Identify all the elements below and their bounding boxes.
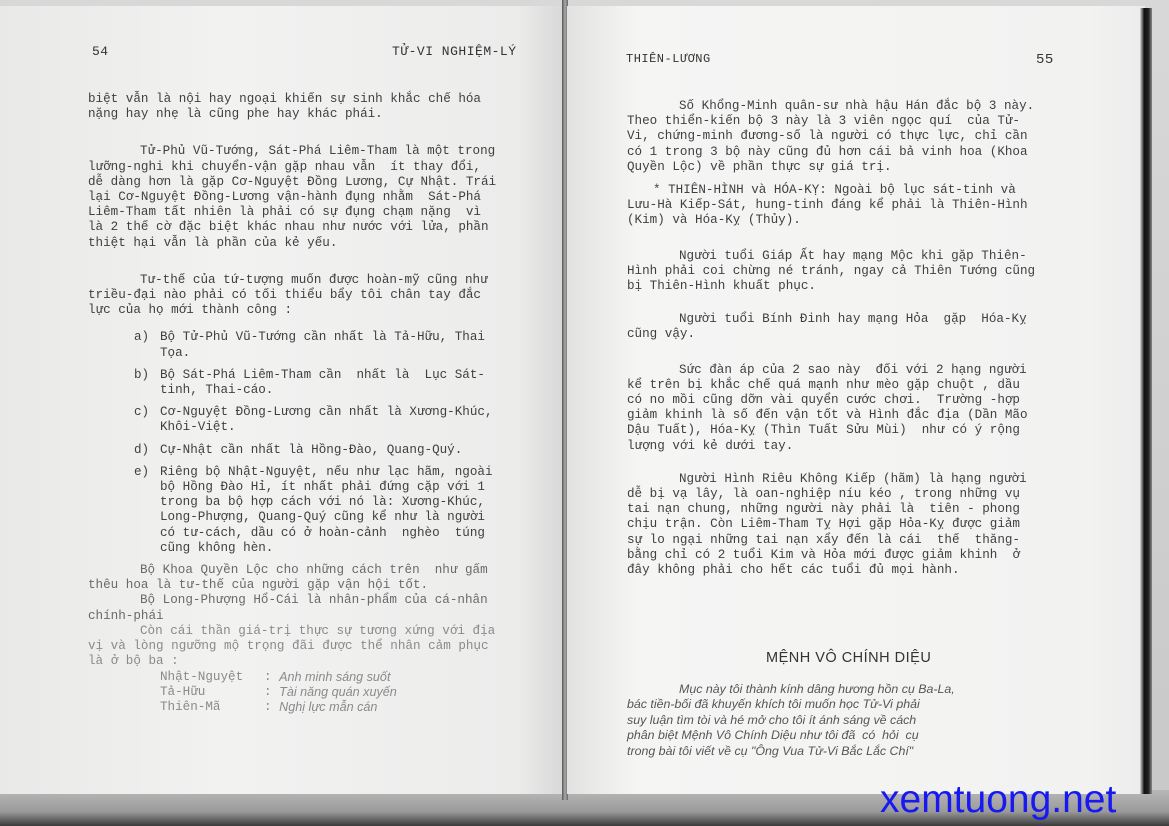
- text-line: thiệt hại vẫn là phần của kẻ yếu.: [88, 236, 496, 251]
- definition-term: Thiên-Mã: [160, 700, 264, 715]
- text-line: Dậu Tuất), Hóa-Kỵ (Thìn Tuất Sửu Mùi) nh…: [627, 423, 1035, 438]
- text-line: đây không phải cho hết các tuổi đủ mọi h…: [627, 563, 1035, 578]
- paragraph: Số Khổng-Minh quân-sư nhà hậu Hán đắc bộ…: [627, 99, 1035, 175]
- list-item: a)Bộ Tử-Phủ Vũ-Tướng cần nhất là Tả-Hữu,…: [88, 330, 496, 360]
- list-marker: a): [134, 330, 160, 360]
- text-line: lại Cơ-Nguyệt Đồng-Lương vận-hành đụng n…: [88, 190, 496, 205]
- list-item: d)Cự-Nhật cần nhất là Hồng-Đào, Quang-Qu…: [88, 443, 496, 458]
- paragraph: Tư-thế của tứ-tượng muốn được hoàn-mỹ cũ…: [88, 273, 496, 319]
- paragraph: Người tuổi Bính Đinh hay mạng Hỏa gặp Hó…: [627, 312, 1035, 342]
- definition-row: Tả-Hữu: Tài năng quán xuyến: [160, 685, 496, 700]
- text-line: phân biệt Mệnh Vô Chính Diệu như tôi đã …: [627, 728, 955, 743]
- paragraph-gap: [627, 343, 1035, 363]
- paragraph: Bộ Long-Phượng Hổ-Cái là nhân-phẩm của c…: [88, 593, 496, 623]
- text-line: Long-Phượng, Quang-Quý cũng kể như là ng…: [160, 510, 493, 525]
- text-line: bác tiền-bối đã khuyến khích tôi muốn họ…: [627, 697, 955, 712]
- text-line: Lưu-Hà Kiếp-Sát, hung-tinh đáng kể phải …: [627, 198, 1035, 213]
- text-line: Người tuổi Bính Đinh hay mạng Hỏa gặp Hó…: [627, 312, 1035, 327]
- text-line: Tư-thế của tứ-tượng muốn được hoàn-mỹ cũ…: [88, 273, 496, 288]
- text-line: trong bài tôi viết về cụ "Ông Vua Tử-Vi …: [627, 744, 955, 759]
- text-line: trong ba bộ hợp cách với nó là: Xương-Kh…: [160, 495, 493, 510]
- text-line: có 1 trong 3 bộ này cũng đủ hơn cái bả v…: [627, 145, 1035, 160]
- text-line: Bộ Long-Phượng Hổ-Cái là nhân-phẩm của c…: [88, 593, 496, 608]
- text-line: kể trên bị khắc chế quá mạnh như mèo gặp…: [627, 378, 1035, 393]
- paragraph: Mục này tôi thành kính dâng hương hồn cụ…: [627, 682, 955, 759]
- text-line: dễ bị vạ lây, là oan-nghiệp níu kéo , tr…: [627, 487, 1035, 502]
- left-running-head: TỬ-VI NGHIỆM-LÝ: [392, 44, 517, 59]
- text-line: Sức đàn áp của 2 sao này đối với 2 hạng …: [627, 363, 1035, 378]
- text-line: Số Khổng-Minh quân-sư nhà hậu Hán đắc bộ…: [627, 99, 1035, 114]
- list-item: c)Cơ-Nguyệt Đồng-Lương cần nhất là Xương…: [88, 405, 496, 435]
- definition-text: Tài năng quán xuyến: [279, 685, 397, 700]
- list-marker: c): [134, 405, 160, 435]
- text-line: vị và lòng ngưỡng mộ trọng đãi được thể …: [88, 639, 496, 654]
- list-item-text: Bộ Tử-Phủ Vũ-Tướng cần nhất là Tả-Hữu, T…: [160, 330, 485, 360]
- text-line: Tử-Phủ Vũ-Tướng, Sát-Phá Liêm-Tham là mộ…: [88, 144, 496, 159]
- definition-row: Thiên-Mã: Nghị lực mẫn cán: [160, 700, 496, 715]
- definition-list: Nhật-Nguyệt: Anh minh sáng suốtTả-Hữu: T…: [88, 670, 496, 716]
- text-line: Mục này tôi thành kính dâng hương hồn cụ…: [627, 682, 955, 697]
- list-item-text: Bộ Sát-Phá Liêm-Tham cần nhất là Lục Sát…: [160, 368, 485, 398]
- text-line: bộ Hồng Đào Hỉ, ít nhất phải đứng cặp vớ…: [160, 480, 493, 495]
- definition-row: Nhật-Nguyệt: Anh minh sáng suốt: [160, 670, 496, 685]
- text-line: chính-phái: [88, 609, 496, 624]
- text-line: Vi, chứng-minh đương-số là người có thực…: [627, 129, 1035, 144]
- text-line: Khôi-Việt.: [160, 420, 493, 435]
- paragraph-gap: [88, 556, 496, 563]
- text-line: Riêng bộ Nhật-Nguyệt, nếu như lạc hãm, n…: [160, 465, 493, 480]
- list-item: b)Bộ Sát-Phá Liêm-Tham cần nhất là Lục S…: [88, 368, 496, 398]
- paragraph: Tử-Phủ Vũ-Tướng, Sát-Phá Liêm-Tham là mộ…: [88, 144, 496, 250]
- paragraph: Sức đàn áp của 2 sao này đối với 2 hạng …: [627, 363, 1035, 454]
- right-running-head: THIÊN-LƯƠNG: [626, 52, 711, 66]
- list-marker: b): [134, 368, 160, 398]
- text-line: thêu hoa là tư-thế của người gặp vận hội…: [88, 578, 496, 593]
- paragraph-gap: [627, 229, 1035, 249]
- text-line: Liêm-Tham tất nhiên là phải có sự đụng c…: [88, 205, 496, 220]
- right-page-body: Số Khổng-Minh quân-sư nhà hậu Hán đắc bộ…: [627, 99, 1035, 578]
- text-line: Tọa.: [160, 346, 485, 361]
- paragraph: Bộ Khoa Quyền Lộc cho những cách trên nh…: [88, 563, 496, 593]
- text-line: tinh, Thai-cáo.: [160, 383, 485, 398]
- definition-term: Nhật-Nguyệt: [160, 670, 264, 685]
- text-line: Cự-Nhật cần nhất là Hồng-Đào, Quang-Quý.: [160, 443, 462, 458]
- text-line: có tư-cách, dầu có ở hoàn-cảnh nghèo tún…: [160, 526, 493, 541]
- text-line: Bộ Khoa Quyền Lộc cho những cách trên nh…: [88, 563, 496, 578]
- text-line: dễ dàng hơn là gặp Cơ-Nguyệt Đồng Lương,…: [88, 175, 496, 190]
- list-marker: e): [134, 465, 160, 556]
- paragraph-gap: [627, 175, 1035, 183]
- text-line: suy luận tìm tòi và hé mở cho tôi ít ánh…: [627, 713, 955, 728]
- paragraph-gap: [627, 454, 1035, 472]
- paragraph: * THIÊN-HÌNH và HÓA-KỴ: Ngoài bộ lục sát…: [627, 183, 1035, 229]
- definition-separator: :: [264, 700, 279, 715]
- text-line: có no mồi cũng dỡn vài quyển cước chơi. …: [627, 393, 1035, 408]
- paragraph: Còn cái thần giá-trị thực sự tương xứng …: [88, 624, 496, 670]
- text-line: biệt vẫn là nội hay ngoại khiến sự sinh …: [88, 92, 496, 107]
- text-line: Hình phải coi chừng né tránh, ngay cả Th…: [627, 264, 1035, 279]
- text-line: triều-đại nào phải có tối thiểu bẩy tôi …: [88, 288, 496, 303]
- paragraph-gap: [627, 294, 1035, 312]
- text-line: Bộ Tử-Phủ Vũ-Tướng cần nhất là Tả-Hữu, T…: [160, 330, 485, 345]
- text-line: tai nạn chung, những người này phải là t…: [627, 502, 1035, 517]
- text-line: Quyền Lộc) về phần thực sự giá trị.: [627, 160, 1035, 175]
- definition-text: Anh minh sáng suốt: [279, 670, 390, 685]
- watermark-link[interactable]: xemtuong.net: [880, 778, 1116, 822]
- text-line: là ở bộ ba :: [88, 654, 496, 669]
- right-page-edge-shadow: [1140, 8, 1152, 794]
- paragraph-gap: [88, 398, 496, 405]
- list-marker: d): [134, 443, 160, 458]
- text-line: bằng chỉ có 2 tuổi Kim và Hỏa mới được g…: [627, 548, 1035, 563]
- list-item-text: Riêng bộ Nhật-Nguyệt, nếu như lạc hãm, n…: [160, 465, 493, 556]
- paragraph-gap: [88, 436, 496, 443]
- text-line: sự lo ngại những tai nạn xẩy đến là cái …: [627, 533, 1035, 548]
- text-line: bị Thiên-Hình khuất phục.: [627, 279, 1035, 294]
- text-line: lực của họ mới thành công :: [88, 303, 496, 318]
- text-line: (Kim) và Hóa-Kỵ (Thủy).: [627, 213, 1035, 228]
- text-line: Bộ Sát-Phá Liêm-Tham cần nhất là Lục Sát…: [160, 368, 485, 383]
- text-line: Còn cái thần giá-trị thực sự tương xứng …: [88, 624, 496, 639]
- paragraph-gap: [88, 251, 496, 273]
- definition-separator: :: [264, 670, 279, 685]
- left-page-number: 54: [92, 44, 109, 59]
- paragraph: biệt vẫn là nội hay ngoại khiến sự sinh …: [88, 92, 496, 122]
- text-line: lưỡng-nghi khi chuyển-vận gặp nhau vẫn í…: [88, 160, 496, 175]
- text-line: cũng không hèn.: [160, 541, 493, 556]
- right-page-number: 55: [1036, 52, 1054, 68]
- text-line: giảm khinh là số đến vận tốt và Hình đắc…: [627, 408, 1035, 423]
- paragraph-gap: [88, 458, 496, 465]
- text-line: nặng hay nhẹ là cũng phe hay khác phái.: [88, 107, 496, 122]
- paragraph-gap: [88, 361, 496, 368]
- text-line: lượng với kẻ dưới tay.: [627, 439, 1035, 454]
- paragraph: Người Hình Riêu Không Kiếp (hãm) là hạng…: [627, 472, 1035, 578]
- text-line: Theo thiển-kiến bộ 3 này là 3 viên ngọc …: [627, 114, 1035, 129]
- text-line: Người tuổi Giáp Ất hay mạng Mộc khi gặp …: [627, 249, 1035, 264]
- definition-separator: :: [264, 685, 279, 700]
- definition-term: Tả-Hữu: [160, 685, 264, 700]
- left-page-body: biệt vẫn là nội hay ngoại khiến sự sinh …: [88, 92, 496, 715]
- section-title: MỆNH VÔ CHÍNH DIỆU: [766, 650, 931, 666]
- section-intro-paragraph: Mục này tôi thành kính dâng hương hồn cụ…: [627, 682, 955, 759]
- text-line: chịu trận. Còn Liêm-Tham Tỵ Hợi gặp Hỏa-…: [627, 517, 1035, 532]
- definition-text: Nghị lực mẫn cán: [279, 700, 377, 715]
- list-item: e)Riêng bộ Nhật-Nguyệt, nếu như lạc hãm,…: [88, 465, 496, 556]
- list-item-text: Cự-Nhật cần nhất là Hồng-Đào, Quang-Quý.: [160, 443, 462, 458]
- text-line: cũng vậy.: [627, 327, 1035, 342]
- list-item-text: Cơ-Nguyệt Đồng-Lương cần nhất là Xương-K…: [160, 405, 493, 435]
- paragraph-gap: [88, 318, 496, 330]
- text-line: Cơ-Nguyệt Đồng-Lương cần nhất là Xương-K…: [160, 405, 493, 420]
- paragraph-gap: [88, 122, 496, 144]
- text-line: * THIÊN-HÌNH và HÓA-KỴ: Ngoài bộ lục sát…: [627, 183, 1035, 198]
- paragraph: Người tuổi Giáp Ất hay mạng Mộc khi gặp …: [627, 249, 1035, 295]
- text-line: Người Hình Riêu Không Kiếp (hãm) là hạng…: [627, 472, 1035, 487]
- text-line: là 2 thế cờ đặc biệt khác nhau như nước …: [88, 220, 496, 235]
